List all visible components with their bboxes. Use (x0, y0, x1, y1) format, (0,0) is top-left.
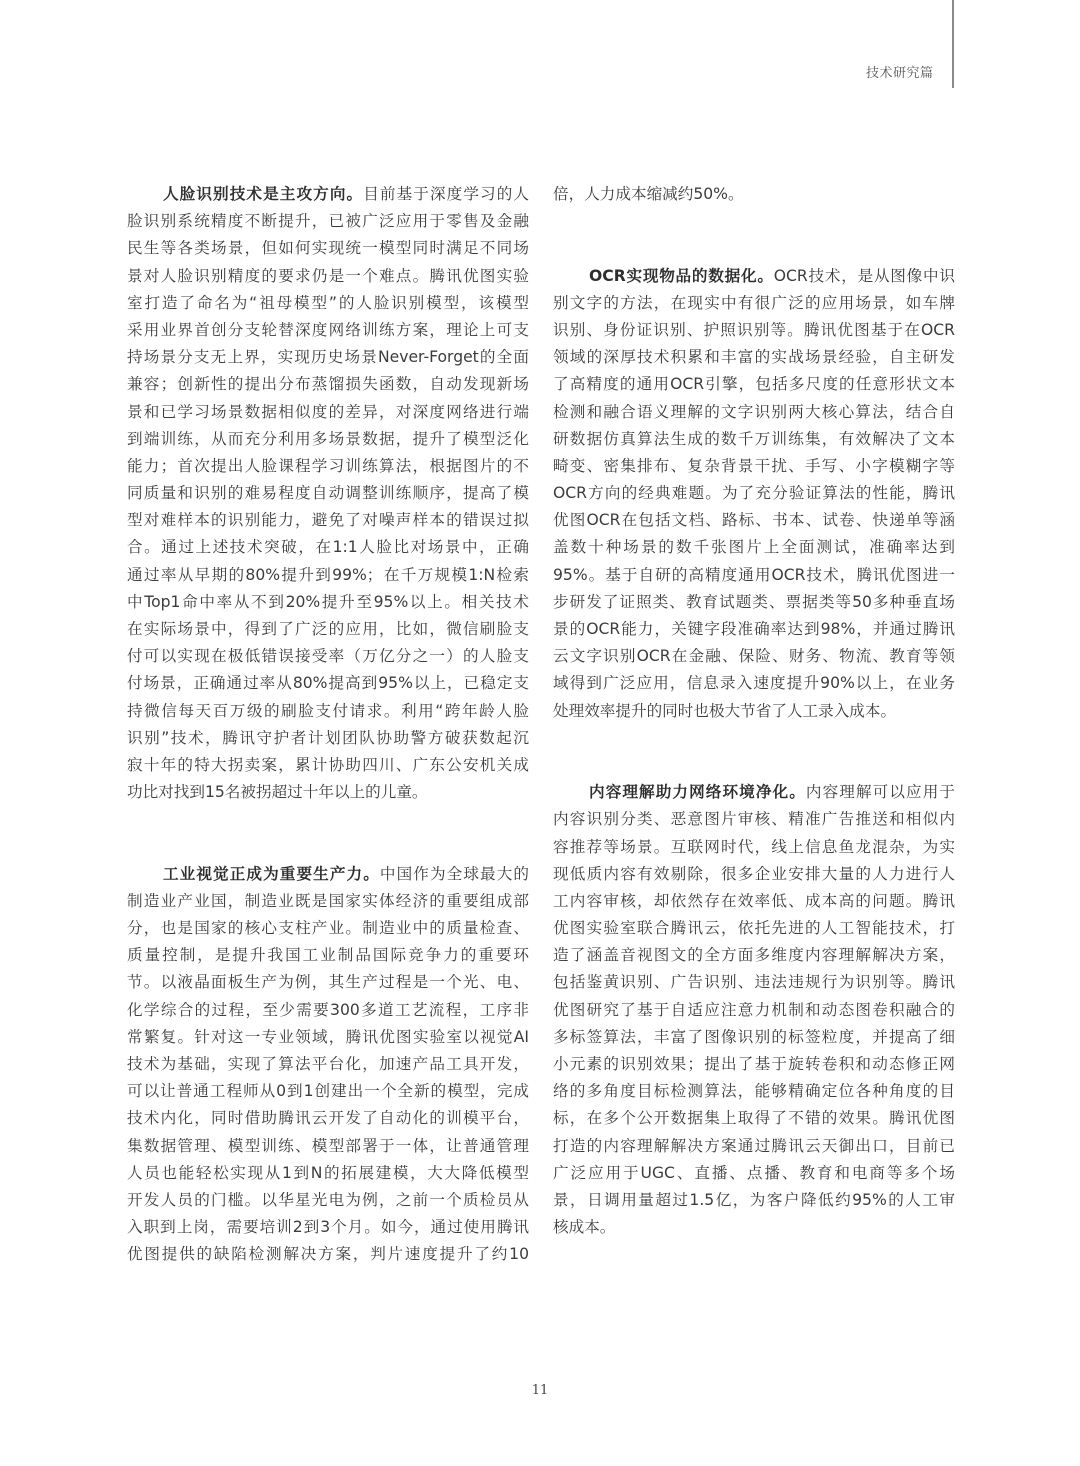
text-line: 倍，人力成本缩减约50%。 (553, 181, 955, 208)
text-line: 兼容；创新性的提出分布蒸馏损失函数，自动发现新场 (127, 371, 529, 398)
left-column: 人脸识别技术是主攻方向。目前基于深度学习的人 脸识别系统精度不断提升，已被广泛应… (127, 181, 529, 1269)
text-line: 到端训练，从而充分利用多场景数据，提升了模型泛化 (127, 426, 529, 453)
text-line: 络的多角度目标检测算法，能够精确定位各种角度的目 (553, 1078, 955, 1105)
text-line: 寂十年的特大拐卖案，累计协助四川、广东公安机关成 (127, 752, 529, 779)
text-line: 内容理解可以应用于 (806, 783, 955, 801)
paragraph-industrial-vision: 工业视觉正成为重要生产力。中国作为全球最大的 制造业产业国，制造业既是国家实体经… (127, 861, 529, 1269)
text-line: 持微信每天百万级的刷脸支付请求。利用“跨年龄人脸 (127, 698, 529, 725)
text-line: 云文字识别OCR在金融、保险、财务、物流、教育等领 (553, 643, 955, 670)
text-line: 付场景，正确通过率从80%提高到95%以上，已稳定支 (127, 670, 529, 697)
paragraph-face-recognition: 人脸识别技术是主攻方向。目前基于深度学习的人 脸识别系统精度不断提升，已被广泛应… (127, 181, 529, 806)
text-line: 景的OCR能力，关键字段准确率达到98%，并通过腾讯 (553, 616, 955, 643)
right-column: 倍，人力成本缩减约50%。 OCR实现物品的数据化。OCR技术，是从图像中识 别… (553, 181, 955, 1241)
text-line: 景和已学习场景数据相似度的差异，对深度网络进行端 (127, 399, 529, 426)
text-line: 容推荐等场景。互联网时代，线上信息鱼龙混杂，为实 (553, 834, 955, 861)
text-line: 合。通过上述技术突破，在1:1人脸比对场景中，正确 (127, 534, 529, 561)
text-line: OCR技术，是从图像中识 (774, 267, 955, 285)
paragraph-industrial-vision-continued: 倍，人力成本缩减约50%。 (553, 181, 955, 208)
text-line: 识别”技术，腾讯守护者计划团队协助警方破获数起沉 (127, 725, 529, 752)
text-line: 民生等各类场景，但如何实现统一模型同时满足不同场 (127, 235, 529, 262)
text-line: 领域的深厚技术积累和丰富的实战场景经验，自主研发 (553, 344, 955, 371)
text-line: 识别、身份证识别、护照识别等。腾讯优图基于在OCR (553, 317, 955, 344)
text-line: 标，在多个公开数据集上取得了不错的效果。腾讯优图 (553, 1105, 955, 1132)
text-line: 室打造了命名为“祖母模型”的人脸识别模型，该模型 (127, 290, 529, 317)
text-line: 造了涵盖音视图文的全方面多维度内容理解解决方案， (553, 942, 955, 969)
text-line: 现低质内容有效剔除，很多企业安排大量的人力进行人 (553, 861, 955, 888)
text-line: 步研发了证照类、教育试题类、票据类等50多种垂直场 (553, 589, 955, 616)
text-line: 分，也是国家的核心支柱产业。制造业中的质量检查、 (127, 915, 529, 942)
text-line: 能力；首次提出人脸课程学习训练算法，根据图片的不 (127, 453, 529, 480)
text-line: 付可以实现在极低错误接受率（万亿分之一）的人脸支 (127, 643, 529, 670)
header-vertical-rule (952, 0, 954, 88)
text-line: 优图OCR在包括文档、路标、书本、试卷、快递单等涵 (553, 507, 955, 534)
text-line: 景对人脸识别精度的要求仍是一个难点。腾讯优图实验 (127, 263, 529, 290)
text-line: 优图实验室联合腾讯云，依托先进的人工智能技术，打 (553, 915, 955, 942)
text-line: 工内容审核，却依然存在效率低、成本高的问题。腾讯 (553, 888, 955, 915)
page-number: 11 (0, 1383, 1080, 1398)
text-line: 化学综合的过程，至少需要300多道工艺流程，工序非 (127, 997, 529, 1024)
text-line: 功比对找到15名被拐超过十年以上的儿童。 (127, 779, 529, 806)
text-line: 检测和融合语义理解的文字识别两大核心算法，结合自 (553, 399, 955, 426)
text-line: 集数据管理、模型训练、模型部署于一体，让普通管理 (127, 1133, 529, 1160)
text-line: 节。以液晶面板生产为例，其生产过程是一个光、电、 (127, 969, 529, 996)
text-line: 技术为基础，实现了算法平台化，加速产品工具开发， (127, 1051, 529, 1078)
text-line: 研数据仿真算法生成的数千万训练集，有效解决了文本 (553, 426, 955, 453)
text-line: 人员也能轻松实现从1到N的拓展建模，大大降低模型 (127, 1160, 529, 1187)
text-line: 优图提供的缺陷检测解决方案，判片速度提升了约10 (127, 1241, 529, 1268)
text-line: OCR方向的经典难题。为了充分验证算法的性能，腾讯 (553, 480, 955, 507)
text-line: 景，日调用量超过1.5亿，为客户降低约95%的人工审 (553, 1187, 955, 1214)
text-line: 质量控制，是提升我国工业制品国际竞争力的重要环 (127, 942, 529, 969)
text-line: 目前基于深度学习的人 (363, 185, 529, 203)
text-line: 可以让普通工程师从0到1创建出一个全新的模型，完成 (127, 1078, 529, 1105)
text-line: 中国作为全球最大的 (380, 865, 529, 883)
text-line: 了高精度的通用OCR引擎，包括多尺度的任意形状文本 (553, 371, 955, 398)
text-line: 制造业产业国，制造业既是国家实体经济的重要组成部 (127, 888, 529, 915)
paragraph-heading: 工业视觉正成为重要生产力。 (163, 865, 380, 883)
text-line: 包括鉴黄识别、广告识别、违法违规行为识别等。腾讯 (553, 969, 955, 996)
text-line: 持场景分支无上界，实现历史场景Never-Forget的全面 (127, 344, 529, 371)
paragraph-heading: 人脸识别技术是主攻方向。 (163, 185, 363, 203)
text-line: 小元素的识别效果；提出了基于旋转卷积和动态修正网 (553, 1051, 955, 1078)
running-head-section-title: 技术研究篇 (866, 62, 934, 81)
text-line: 通过率从早期的80%提升到99%；在千万规模1:N检索 (127, 562, 529, 589)
text-line: 脸识别系统精度不断提升，已被广泛应用于零售及金融 (127, 208, 529, 235)
paragraph-spacer (553, 208, 955, 262)
text-line: 别文字的方法，在现实中有很广泛的应用场景，如车牌 (553, 290, 955, 317)
text-line: 内容识别分类、恶意图片审核、精准广告推送和相似内 (553, 806, 955, 833)
paragraph-ocr: OCR实现物品的数据化。OCR技术，是从图像中识 别文字的方法，在现实中有很广泛… (553, 263, 955, 725)
paragraph-heading: 内容理解助力网络环境净化。 (589, 783, 806, 801)
text-line: 技术内化，同时借助腾讯云开发了自动化的训模平台， (127, 1105, 529, 1132)
text-line: 中Top1命中率从不到20%提升至95%以上。相关技术 (127, 589, 529, 616)
text-line: 域得到广泛应用，信息录入速度提升90%以上，在业务 (553, 670, 955, 697)
text-line: 打造的内容理解解决方案通过腾讯云天御出口，目前已 (553, 1133, 955, 1160)
text-line: 型对难样本的识别能力，避免了对噪声样本的错误过拟 (127, 507, 529, 534)
text-line: 处理效率提升的同时也极大节省了人工录入成本。 (553, 698, 955, 725)
text-line: 广泛应用于UGC、直播、点播、教育和电商等多个场 (553, 1160, 955, 1187)
text-line: 开发人员的门槛。以华星光电为例，之前一个质检员从 (127, 1187, 529, 1214)
paragraph-spacer (553, 725, 955, 779)
text-line: 95%。基于自研的高精度通用OCR技术，腾讯优图进一 (553, 562, 955, 589)
paragraph-heading: OCR实现物品的数据化。 (589, 267, 774, 285)
text-line: 核成本。 (553, 1214, 955, 1241)
text-line: 多标签算法，丰富了图像识别的标签粒度，并提高了细 (553, 1024, 955, 1051)
text-line: 常繁复。针对这一专业领域，腾讯优图实验室以视觉AI (127, 1024, 529, 1051)
text-line: 同质量和识别的难易程度自动调整训练顺序，提高了模 (127, 480, 529, 507)
paragraph-content-understanding: 内容理解助力网络环境净化。内容理解可以应用于 内容识别分类、恶意图片审核、精准广… (553, 779, 955, 1241)
text-line: 在实际场景中，得到了广泛的应用，比如，微信刷脸支 (127, 616, 529, 643)
text-line: 盖数十种场景的数千张图片上全面测试，准确率达到 (553, 534, 955, 561)
text-line: 畸变、密集排布、复杂背景干扰、手写、小字模糊字等 (553, 453, 955, 480)
text-line: 入职到上岗，需要培训2到3个月。如今，通过使用腾讯 (127, 1214, 529, 1241)
text-line: 优图研究了基于自适应注意力机制和动态图卷积融合的 (553, 997, 955, 1024)
paragraph-spacer (127, 806, 529, 860)
text-line: 采用业界首创分支轮替深度网络训练方案，理论上可支 (127, 317, 529, 344)
